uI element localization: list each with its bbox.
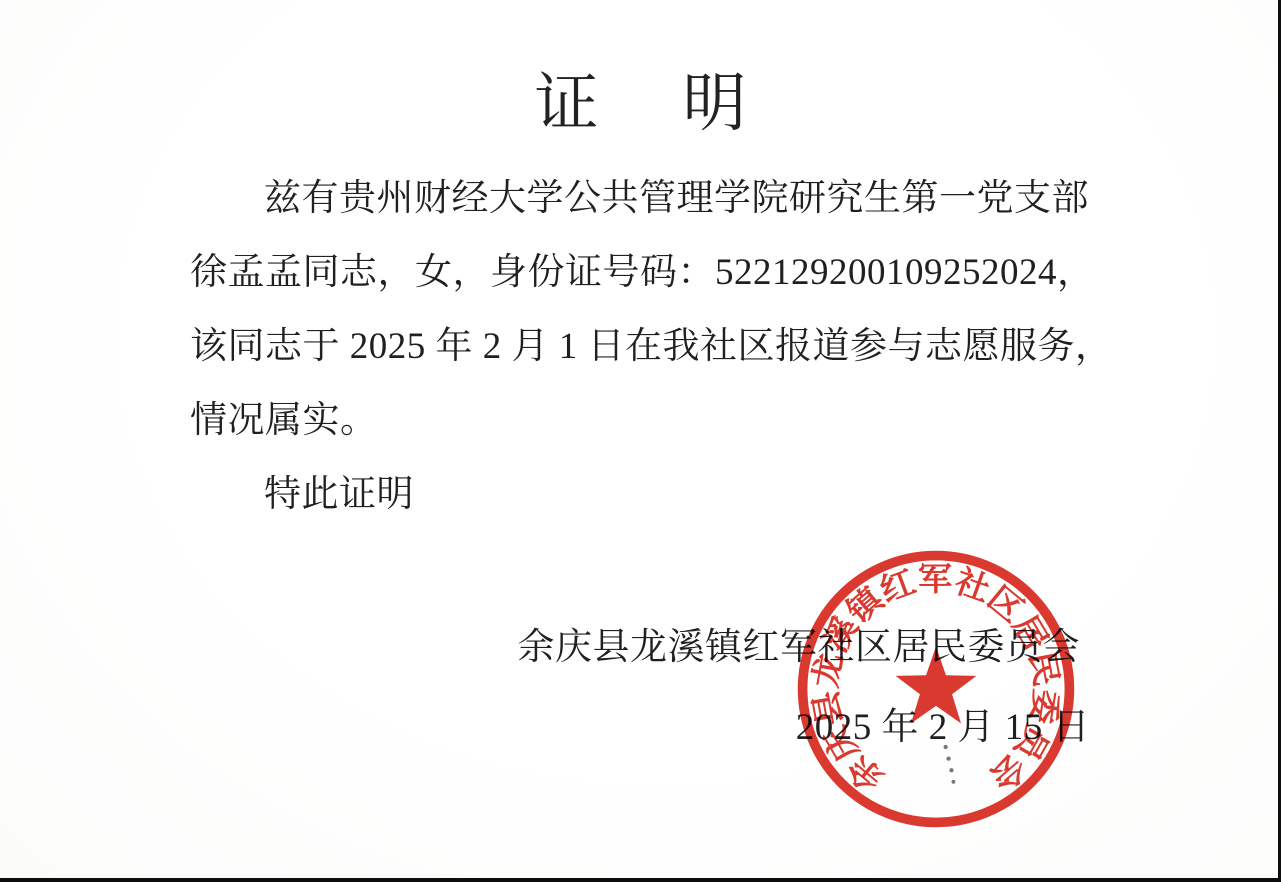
body-line-4: 情况属实。: [190, 384, 1110, 458]
document-title: 证 明: [0, 52, 1281, 144]
body-line-2: 徐孟孟同志，女，身份证号码：522129200109252024，: [190, 236, 1110, 310]
body-line-5: 特此证明: [190, 458, 1110, 532]
official-seal: 余庆县龙溪镇红军社区居民委员会: [791, 544, 1081, 834]
body-line-1: 兹有贵州财经大学公共管理学院研究生第一党支部: [190, 162, 1110, 236]
red-star-icon: [896, 646, 977, 723]
body-line-3: 该同志于 2025 年 2 月 1 日在我社区报道参与志愿服务，: [190, 310, 1110, 384]
photo-edge-bottom: [0, 878, 1281, 882]
certificate-document: 证 明 兹有贵州财经大学公共管理学院研究生第一党支部 徐孟孟同志，女，身份证号码…: [0, 0, 1281, 882]
ink-smudge-dots: [944, 745, 956, 784]
document-body: 兹有贵州财经大学公共管理学院研究生第一党支部 徐孟孟同志，女，身份证号码：522…: [190, 162, 1110, 532]
